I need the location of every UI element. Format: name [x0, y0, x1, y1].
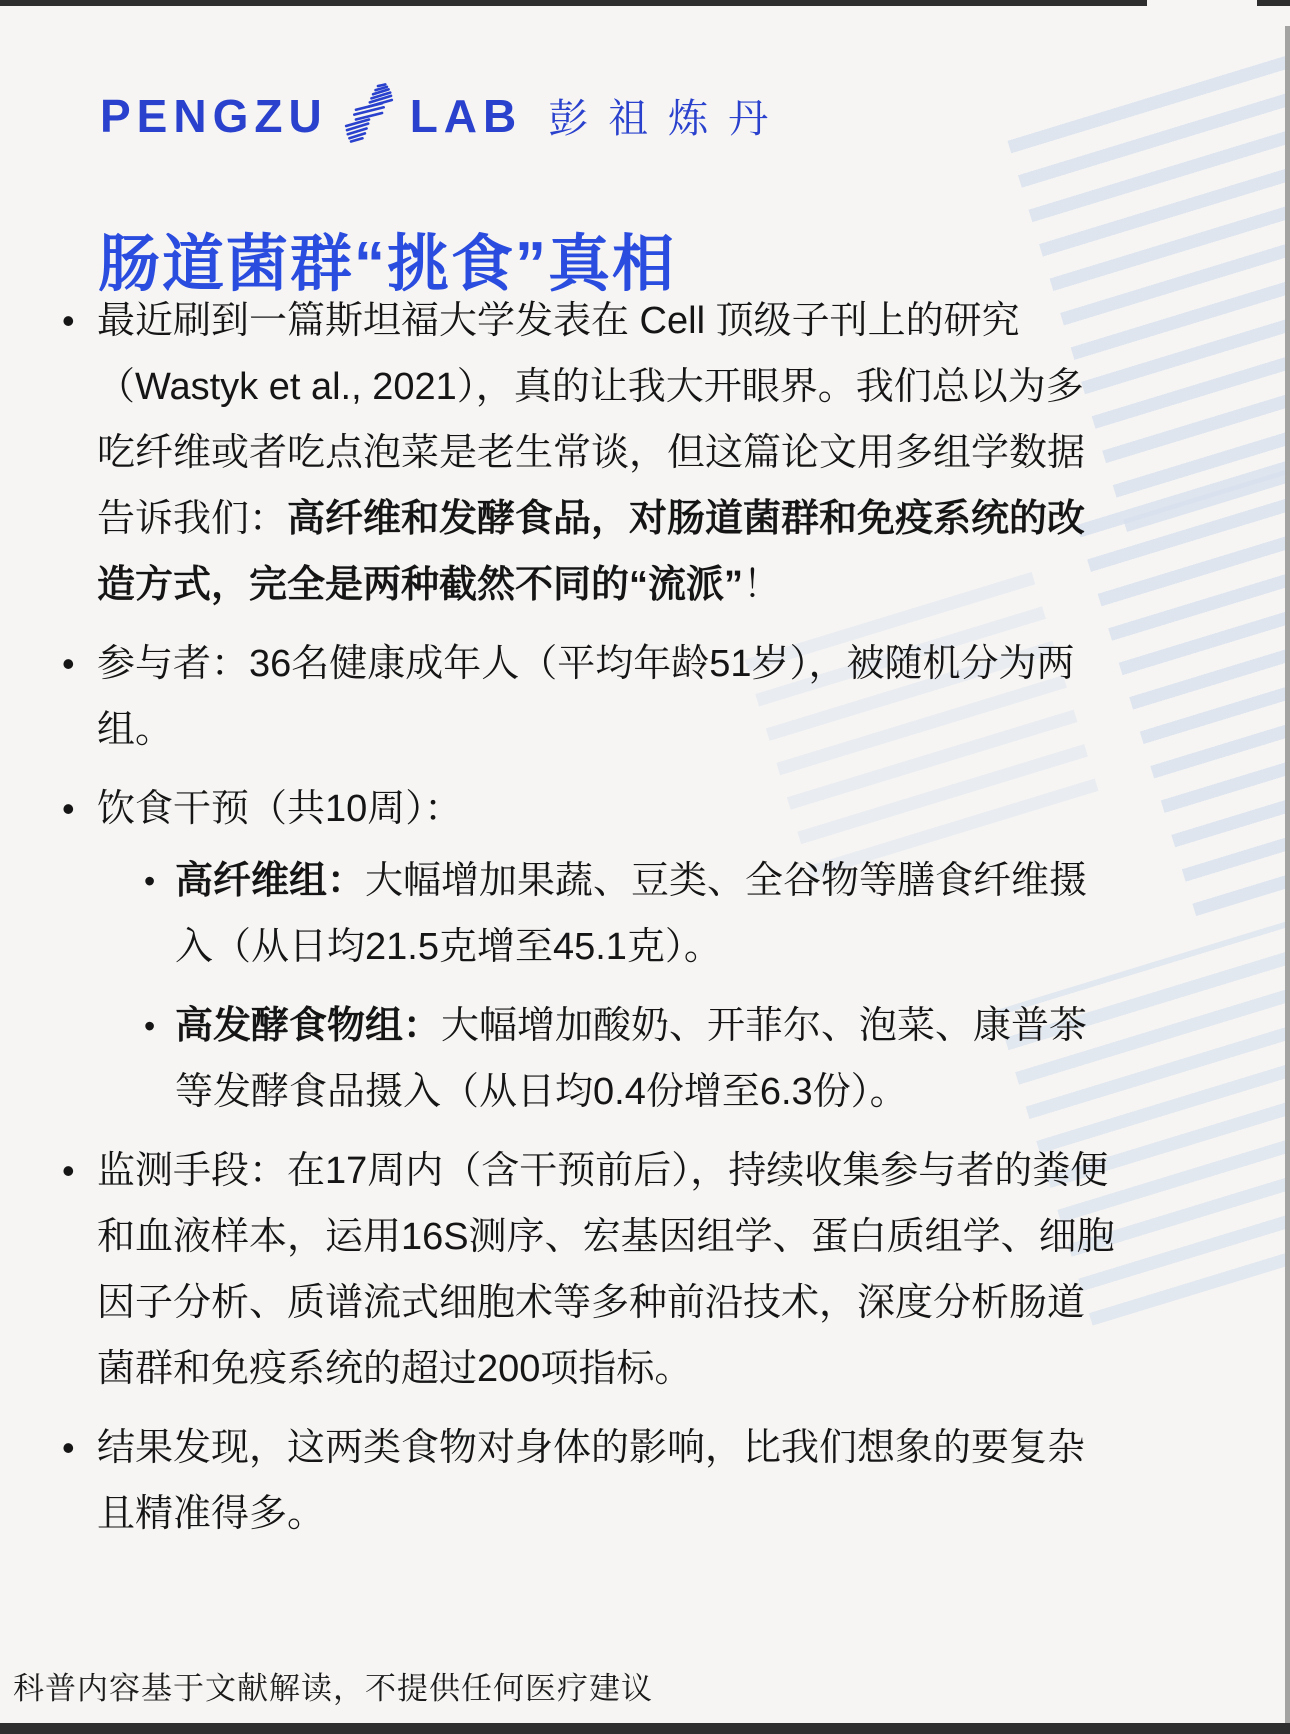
brand-logo: PENGZU [100, 82, 788, 149]
top-edge-notch [1147, 0, 1257, 6]
footer-disclaimer: 科普内容基于文献解读，不提供任何医疗建议 [13, 1663, 653, 1708]
logo-spark-icon [342, 82, 396, 149]
page-background: PENGZU [0, 0, 1290, 1734]
bullet-participants: 参与者：36名健康成年人（平均年龄51岁），被随机分为两组。 [62, 631, 1120, 763]
top-edge-bar [0, 0, 1290, 6]
high-fiber-label: 高纤维组： [175, 860, 365, 902]
intro-exclamation: ！ [743, 564, 781, 606]
bullet-monitoring: 监测手段：在17周内（含干预前后），持续收集参与者的粪便和血液样本，运用16S测… [62, 1138, 1120, 1402]
article-body: 最近刷到一篇斯坦福大学发表在 Cell 顶级子刊上的研究（Wastyk et a… [62, 288, 1120, 1560]
logo-wordmark-pengzu: PENGZU [100, 89, 328, 143]
right-edge-line [1285, 26, 1290, 1734]
bullet-list: 最近刷到一篇斯坦福大学发表在 Cell 顶级子刊上的研究（Wastyk et a… [62, 288, 1120, 1547]
bullet-findings: 结果发现，这两类食物对身体的影响，比我们想象的要复杂且精准得多。 [62, 1415, 1120, 1547]
sub-bullet-high-fiber: 高纤维组：大幅增加果蔬、豆类、全谷物等膳食纤维摄入（从日均21.5克增至45.1… [142, 848, 1120, 980]
logo-wordmark-lab: LAB [410, 89, 523, 143]
bottom-edge-bar [0, 1723, 1290, 1734]
bullet-intro: 最近刷到一篇斯坦福大学发表在 Cell 顶级子刊上的研究（Wastyk et a… [62, 288, 1120, 618]
bullet-diet-intervention: 饮食干预（共10周）： 高纤维组：大幅增加果蔬、豆类、全谷物等膳食纤维摄入（从日… [62, 776, 1120, 1125]
diet-intervention-heading: 饮食干预（共10周）： [97, 788, 462, 830]
high-fermented-label: 高发酵食物组： [175, 1005, 441, 1047]
diet-sub-list: 高纤维组：大幅增加果蔬、豆类、全谷物等膳食纤维摄入（从日均21.5克增至45.1… [142, 848, 1120, 1125]
sub-bullet-high-fermented: 高发酵食物组：大幅增加酸奶、开菲尔、泡菜、康普茶等发酵食品摄入（从日均0.4份增… [142, 993, 1120, 1125]
logo-cn-text: 彭祖炼丹 [548, 87, 788, 144]
